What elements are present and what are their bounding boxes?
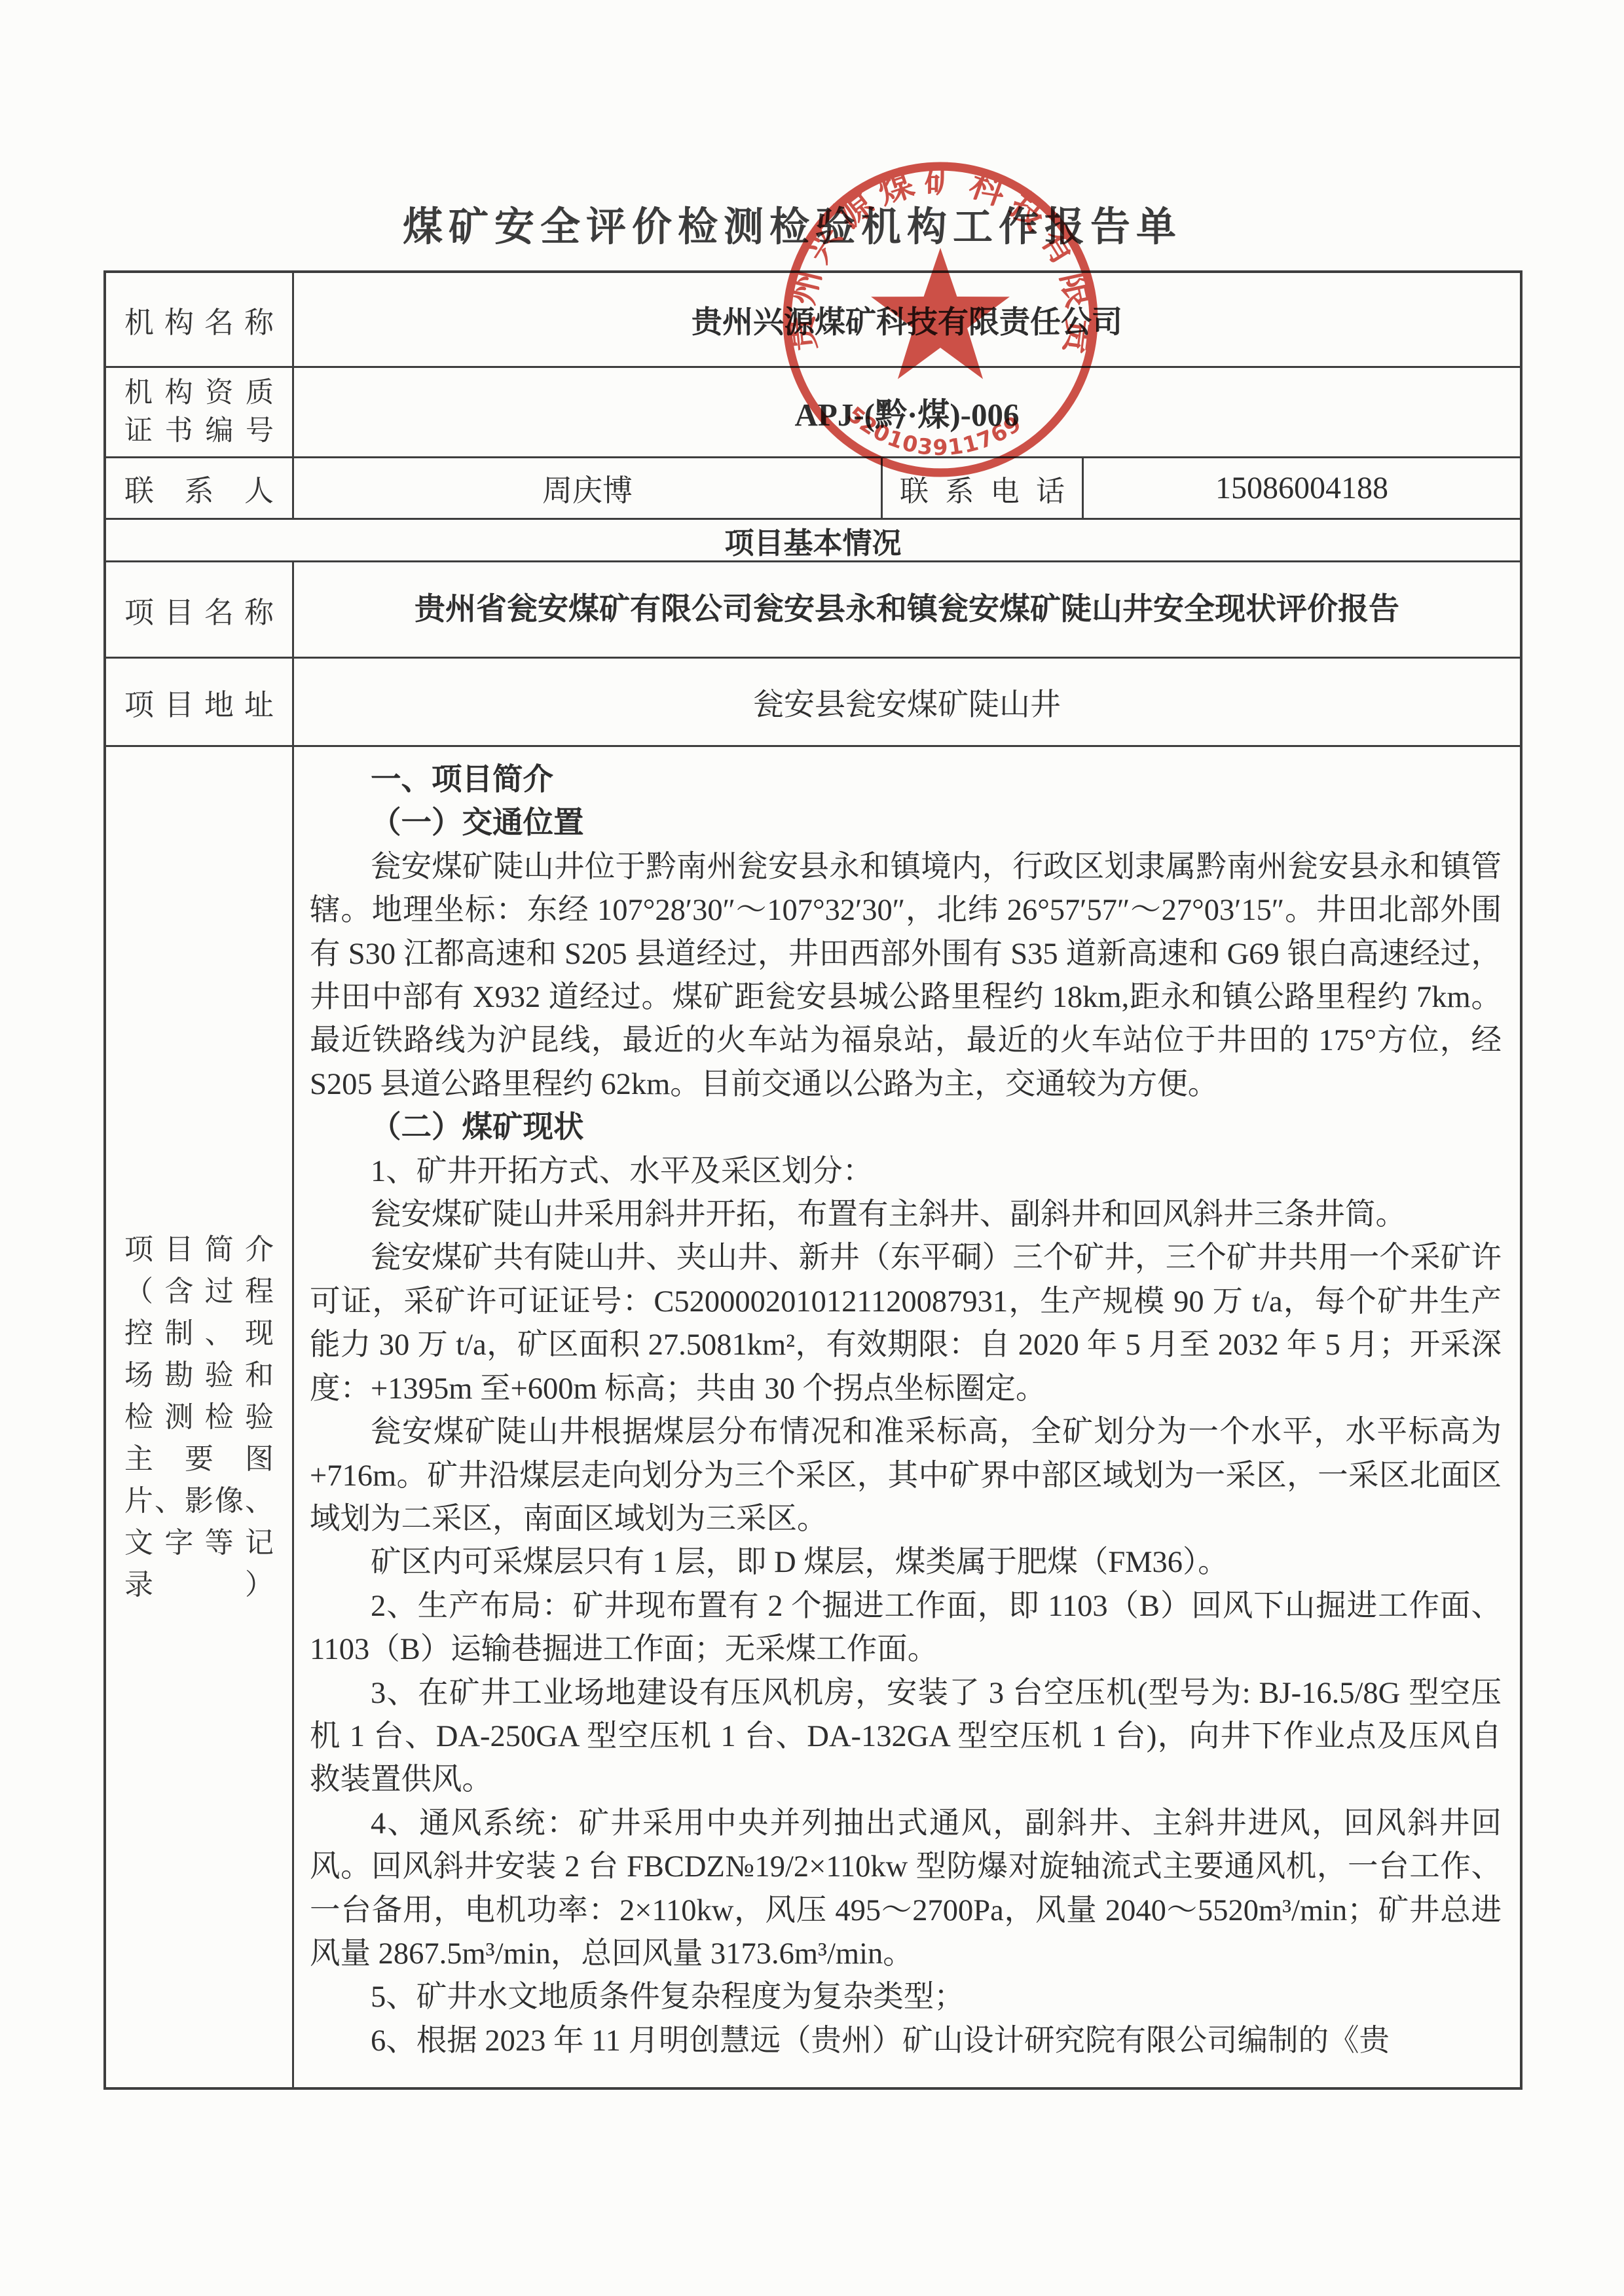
intro-paragraph: 3、在矿井工业场地建设有压风机房，安装了 3 台空压机(型号为: BJ-16.5…	[310, 1672, 1502, 1802]
phone-label: 联系电话	[900, 467, 1065, 509]
project-address-label-cell: 项目地址	[106, 659, 294, 745]
contact-label-cell: 联系人	[106, 458, 294, 518]
org-name-label: 机构名称	[124, 299, 274, 341]
intro-label-line: 场勘验和	[124, 1355, 274, 1396]
org-name-label-cell: 机构名称	[106, 273, 294, 366]
project-address-value: 瓮安县瓮安煤矿陡山井	[294, 659, 1520, 745]
intro-paragraph: 瓮安煤矿陡山井采用斜井开拓，布置有主斜井、副斜井和回风斜井三条井筒。	[310, 1194, 1502, 1237]
cert-value: APJ-(黔·煤)-006	[294, 368, 1520, 456]
document-page: 煤矿安全评价检测检验机构工作报告单 机构名称 贵州兴源煤矿科技有限责任公司 机构…	[0, 0, 1624, 2296]
project-name-value-cell: 贵州省瓮安煤矿有限公司瓮安县永和镇瓮安煤矿陡山井安全现状评价报告	[294, 562, 1520, 657]
org-name-value: 贵州兴源煤矿科技有限责任公司	[294, 273, 1520, 366]
cert-label-line2: 证书编号	[124, 412, 274, 450]
intro-content-cell: 一、项目简介（一）交通位置瓮安煤矿陡山井位于黔南州瓮安县永和镇境内，行政区划隶属…	[294, 747, 1520, 2087]
intro-heading: （二）煤矿现状	[310, 1106, 1502, 1150]
contact-value: 周庆博	[294, 458, 883, 518]
intro-heading: （一）交通位置	[310, 802, 1502, 845]
project-name-label: 项目名称	[124, 589, 274, 631]
intro-paragraph: 1、矿井开拓方式、水平及采区划分：	[310, 1150, 1502, 1194]
intro-label-line: 项目简介	[124, 1229, 274, 1271]
intro-label-line: 文字等记	[124, 1522, 274, 1564]
contact-label: 联系人	[124, 467, 274, 509]
intro-label-line: 检测检验	[124, 1396, 274, 1438]
table-row-cert: 机构资质 证书编号 APJ-(黔·煤)-006	[106, 368, 1520, 458]
table-row-section-header: 项目基本情况	[106, 520, 1520, 562]
intro-paragraph: 4、通风系统：矿井采用中央并列抽出式通风，副斜井、主斜井进风，回风斜井回风。回风…	[310, 1802, 1502, 1977]
intro-paragraph: 瓮安煤矿共有陡山井、夹山井、新井（东平硐）三个矿井，三个矿井共用一个采矿许可证，…	[310, 1237, 1502, 1411]
intro-paragraph: 瓮安煤矿陡山井位于黔南州瓮安县永和镇境内，行政区划隶属黔南州瓮安县永和镇管辖。地…	[310, 846, 1502, 1106]
intro-paragraph: 2、生产布局：矿井现布置有 2 个掘进工作面，即 1103（B）回风下山掘进工作…	[310, 1585, 1502, 1672]
intro-label-line: 主要图	[124, 1438, 274, 1480]
report-table: 机构名称 贵州兴源煤矿科技有限责任公司 机构资质 证书编号 APJ-(黔·煤)-…	[103, 270, 1522, 2090]
project-name-value: 贵州省瓮安煤矿有限公司瓮安县永和镇瓮安煤矿陡山井安全现状评价报告	[294, 586, 1520, 633]
project-address-label: 项目地址	[124, 681, 274, 723]
table-row-contact: 联系人 周庆博 联系电话 15086004188	[106, 458, 1520, 520]
phone-label-cell: 联系电话	[883, 458, 1084, 518]
intro-paragraph: 5、矿井水文地质条件复杂程度为复杂类型；	[310, 1976, 1502, 2019]
intro-label-line: （含过程	[124, 1271, 274, 1313]
phone-value: 15086004188	[1084, 458, 1520, 518]
intro-label-line: 录）	[124, 1564, 274, 1606]
table-row-project-name: 项目名称 贵州省瓮安煤矿有限公司瓮安县永和镇瓮安煤矿陡山井安全现状评价报告	[106, 562, 1520, 659]
intro-paragraph: 瓮安煤矿陡山井根据煤层分布情况和准采标高，全矿划分为一个水平，水平标高为+716…	[310, 1411, 1502, 1541]
intro-label-cell: 项目简介（含过程控制、现场勘验和检测检验主要图片、影像、文字等记录）	[106, 747, 294, 2087]
table-row-intro: 项目简介（含过程控制、现场勘验和检测检验主要图片、影像、文字等记录） 一、项目简…	[106, 747, 1520, 2087]
table-row-project-address: 项目地址 瓮安县瓮安煤矿陡山井	[106, 659, 1520, 747]
intro-label-line: 片、影像、	[124, 1480, 274, 1522]
intro-heading: 一、项目简介	[310, 759, 1502, 802]
intro-paragraph: 6、根据 2023 年 11 月明创慧远（贵州）矿山设计研究院有限公司编制的《贵	[310, 2020, 1502, 2063]
page-title: 煤矿安全评价检测检验机构工作报告单	[0, 195, 1585, 252]
project-name-label-cell: 项目名称	[106, 562, 294, 657]
section-header: 项目基本情况	[106, 520, 1520, 560]
cert-label-cell: 机构资质 证书编号	[106, 368, 294, 456]
table-row-org-name: 机构名称 贵州兴源煤矿科技有限责任公司	[106, 273, 1520, 368]
intro-label-line: 控制、现	[124, 1313, 274, 1355]
cert-label-line1: 机构资质	[124, 374, 274, 412]
intro-paragraph: 矿区内可采煤层只有 1 层，即 D 煤层，煤类属于肥煤（FM36）。	[310, 1541, 1502, 1584]
